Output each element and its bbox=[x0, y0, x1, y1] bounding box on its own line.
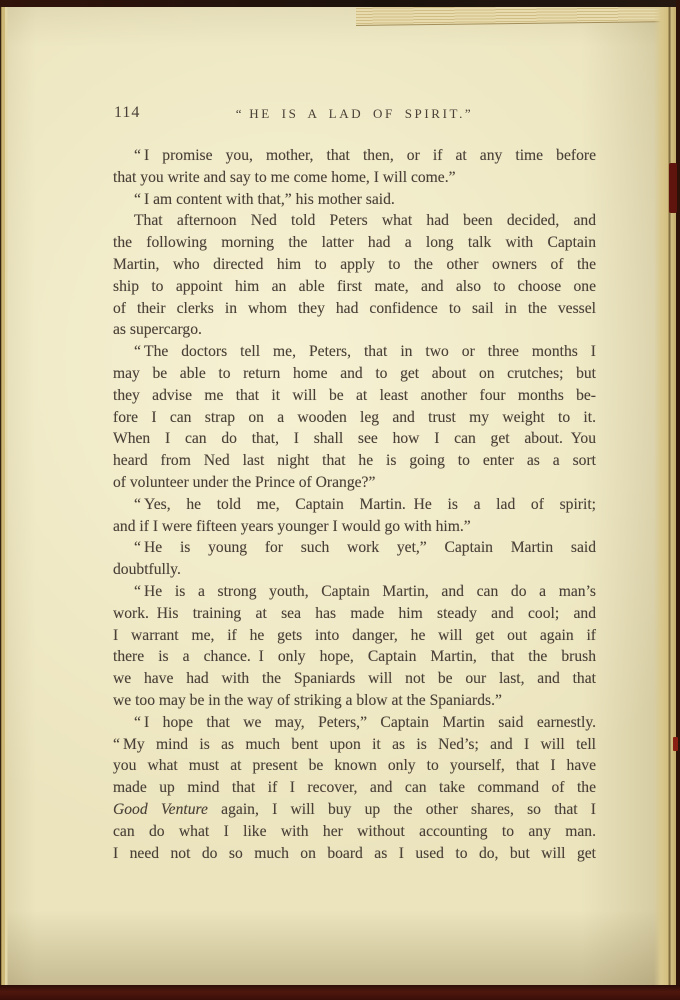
text-line: “ Yes, he told me, Captain Martin. He is… bbox=[113, 494, 596, 516]
cover-red-detail bbox=[669, 163, 677, 213]
top-cover-edge bbox=[0, 0, 680, 7]
running-title: “ HE IS A LAD OF SPIRIT.” bbox=[113, 106, 596, 122]
text-line: I warrant me, if he gets into danger, he… bbox=[113, 625, 596, 647]
text-line: the following morning the latter had a l… bbox=[113, 232, 596, 254]
page-content: 114 “ HE IS A LAD OF SPIRIT.” “ I promis… bbox=[113, 104, 596, 864]
text-line: When I can do that, I shall see how I ca… bbox=[113, 428, 596, 450]
text-line: that you write and say to me come home, … bbox=[113, 167, 596, 189]
text-line: may be able to return home and to get ab… bbox=[113, 363, 596, 385]
text-line: “ I am content with that,” his mother sa… bbox=[113, 189, 596, 211]
text-line: I need not do so much on board as I used… bbox=[113, 843, 596, 865]
cover-red-detail-small bbox=[673, 737, 678, 751]
text-line: made up mind that if I recover, and can … bbox=[113, 777, 596, 799]
text-line: That afternoon Ned told Peters what had … bbox=[113, 210, 596, 232]
book-photo: 114 “ HE IS A LAD OF SPIRIT.” “ I promis… bbox=[0, 0, 680, 1000]
text-line: there is a chance. I only hope, Captain … bbox=[113, 646, 596, 668]
text-line: “ I promise you, mother, that then, or i… bbox=[113, 145, 596, 167]
text-line: “ He is a strong youth, Captain Martin, … bbox=[113, 581, 596, 603]
text-line: you what must at present be known only t… bbox=[113, 755, 596, 777]
text-line: we have had with the Spaniards will not … bbox=[113, 668, 596, 690]
fore-edge bbox=[654, 7, 676, 985]
text-line: “ The doctors tell me, Peters, that in t… bbox=[113, 341, 596, 363]
text-line: as supercargo. bbox=[113, 319, 596, 341]
text-line: they advise me that it will be at least … bbox=[113, 385, 596, 407]
text-line: we too may be in the way of striking a b… bbox=[113, 690, 596, 712]
text-line: fore I can strap on a wooden leg and tru… bbox=[113, 407, 596, 429]
text-line: and if I were fifteen years younger I wo… bbox=[113, 516, 596, 538]
text-line: “ He is young for such work yet,” Captai… bbox=[113, 537, 596, 559]
text-line: ship to appoint him an able first mate, … bbox=[113, 276, 596, 298]
text-line: of volunteer under the Prince of Orange?… bbox=[113, 472, 596, 494]
text-line: heard from Ned last night that he is goi… bbox=[113, 450, 596, 472]
text-line: doubtfully. bbox=[113, 559, 596, 581]
text-line: Martin, who directed him to apply to the… bbox=[113, 254, 596, 276]
text-segment: again, I will buy up the other shares, s… bbox=[208, 801, 596, 818]
text-line: Good Venture again, I will buy up the ot… bbox=[113, 799, 596, 821]
bottom-cover-edge bbox=[0, 985, 680, 1000]
page-body: “ I promise you, mother, that then, or i… bbox=[113, 145, 596, 864]
text-line: of their clerks in whom they had confide… bbox=[113, 298, 596, 320]
right-cover-edge bbox=[676, 0, 680, 1000]
text-line: “ My mind is as much bent upon it as is … bbox=[113, 734, 596, 756]
text-line: “ I hope that we may, Peters,” Captain M… bbox=[113, 712, 596, 734]
book-title-italic: Good Venture bbox=[113, 801, 208, 818]
text-line: can do what I like with her without acco… bbox=[113, 821, 596, 843]
page-header: 114 “ HE IS A LAD OF SPIRIT.” bbox=[113, 104, 596, 121]
text-line: work. His training at sea has made him s… bbox=[113, 603, 596, 625]
gutter-edge bbox=[0, 0, 8, 1000]
